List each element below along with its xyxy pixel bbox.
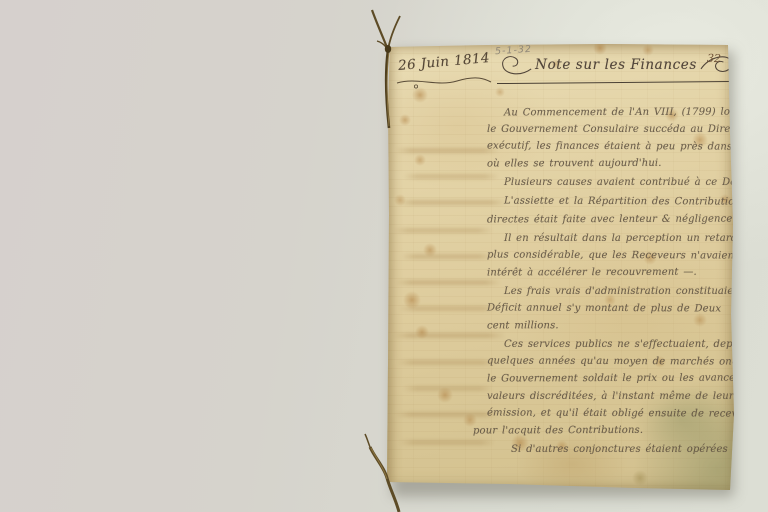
manuscript-line: Plusieurs causes avaient contribué à ce … [487,174,739,191]
manuscript-line: le Gouvernement Consulaire succéda au Di… [487,121,739,138]
title-underline [497,81,737,84]
manuscript-line: valeurs discréditées, à l'instant même d… [487,388,739,405]
manuscript-line: directes était faite avec lenteur & négl… [487,210,739,228]
manuscript-body: Au Commencement de l'An VIII, (1799) lor… [487,102,739,458]
manuscript-line: intérêt à accélérer le recouvrement —. [487,263,739,281]
manuscript-line: exécutif, les finances étaient à peu prè… [487,138,739,156]
manuscript-line: le Gouvernement soldait le prix ou les a… [487,370,739,388]
manuscript-line: pour l'acquit des Contributions. [473,421,739,439]
document-date: 26 Juin 1814 [397,50,490,74]
title-flourish-left-icon [499,53,532,77]
manuscript-line: Ces services publics ne s'effectuaient, … [487,336,739,353]
photo-backdrop: 5-1-32 26 Juin 1814 Note sur les Finance… [0,0,768,512]
manuscript-line: Les frais vrais d'administration constit… [487,283,739,300]
manuscript-line: Au Commencement de l'An VIII, (1799) lor… [487,104,739,122]
manuscript-line: où elles se trouvent aujourd'hui. [487,155,739,173]
page-number: 32 [707,52,721,65]
manuscript-line: Si d'autres conjonctures étaient opérées… [487,441,739,458]
manuscript-line: émission, et qu'il était obligé ensuite … [487,404,739,422]
manuscript-line: quelques années qu'au moyen de marchés o… [487,353,739,371]
manuscript-line: L'assiette et la Répartition des Contrib… [487,193,739,211]
document-title: Note sur les Finances [535,57,697,73]
manuscript-page: 5-1-32 26 Juin 1814 Note sur les Finance… [387,44,735,494]
manuscript-line: Déficit annuel s'y montant de plus de De… [487,299,739,317]
manuscript-line: cent millions. [487,317,739,335]
date-flourish [395,75,493,89]
manuscript-line: plus considérable, que les Receveurs n'a… [487,246,739,264]
manuscript-line: Il en résultait dans la perception un re… [487,230,739,247]
